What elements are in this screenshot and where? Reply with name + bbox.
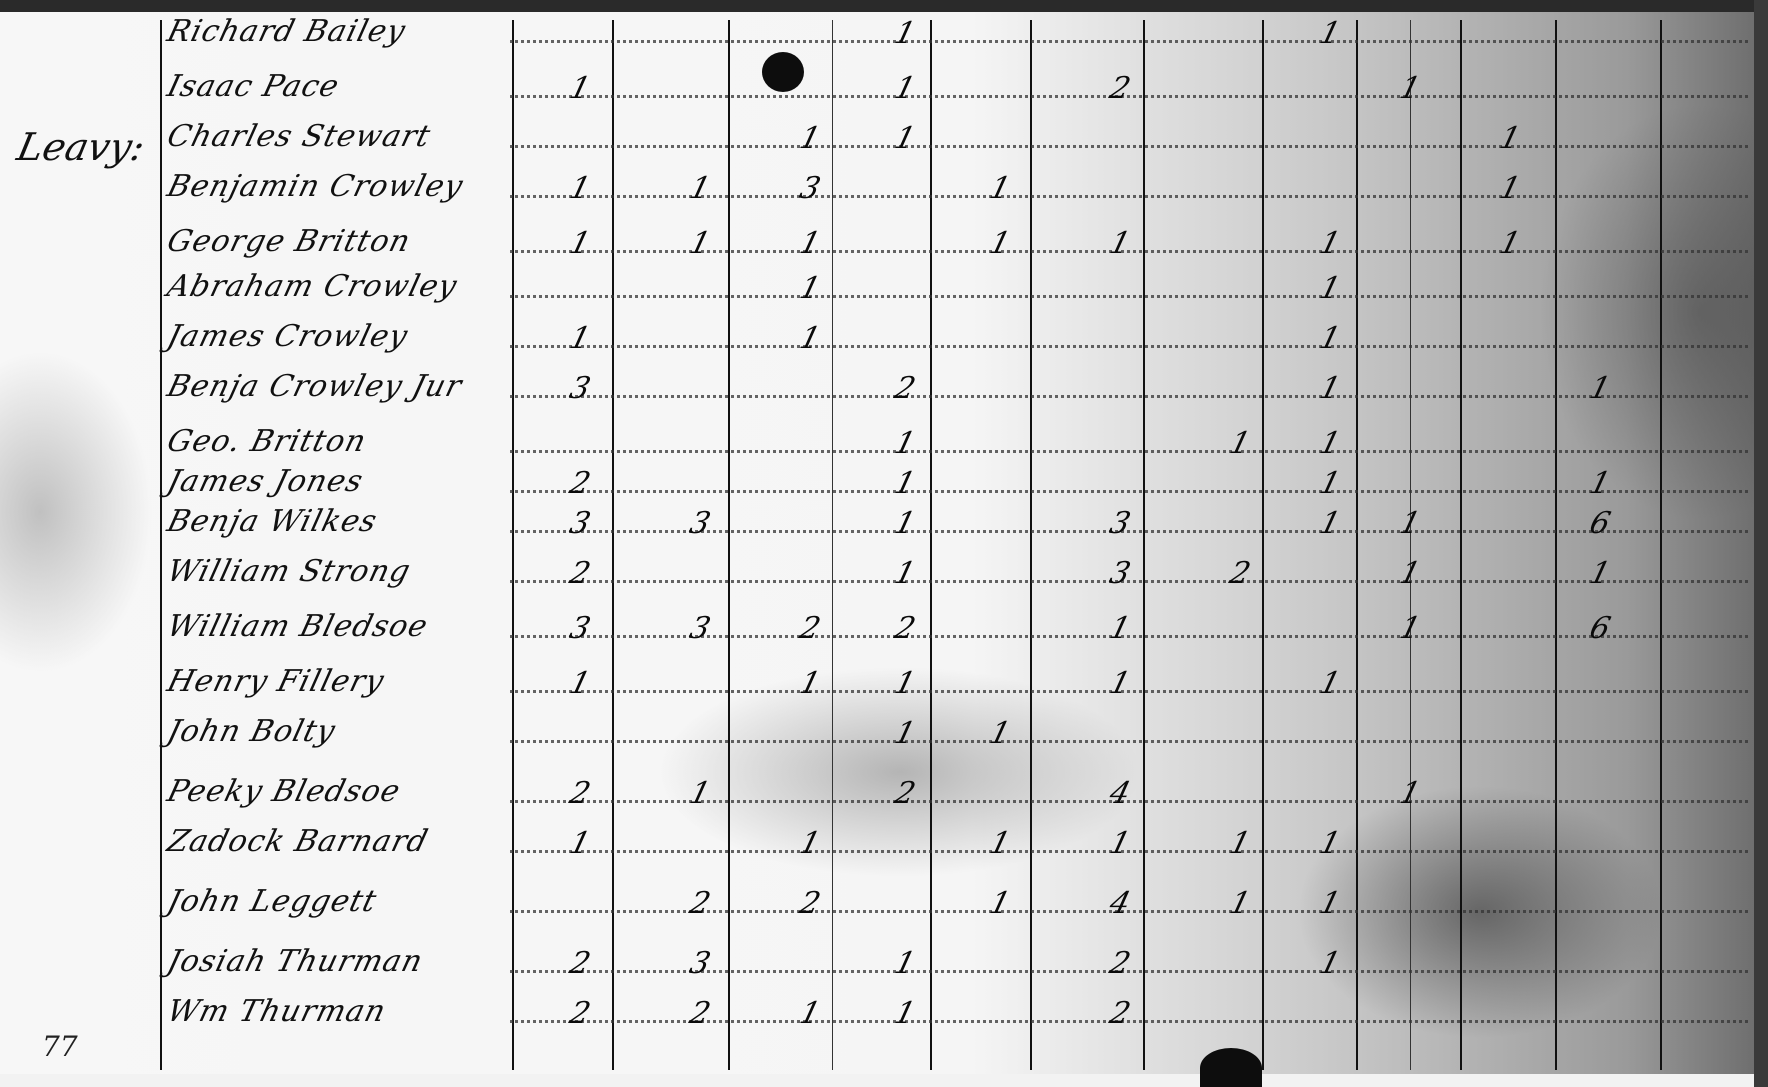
tally-value-col-10: 1	[1476, 121, 1545, 156]
tally-value-col-2: 2	[666, 996, 735, 1031]
dotted-leader	[510, 295, 1748, 298]
tally-value-col-6: 4	[1086, 776, 1155, 811]
head-of-household-name: Wm Thurman	[164, 994, 390, 1029]
head-of-household-name: Charles Stewart	[164, 119, 435, 154]
tally-value-col-4: 1	[871, 16, 940, 51]
dotted-leader	[510, 345, 1748, 348]
ledger-row: Richard Bailey11	[0, 13, 1768, 53]
scan-bottom-border	[0, 1074, 1768, 1087]
ledger-row: William Bledsoe3322116	[0, 608, 1768, 648]
tally-value-col-4: 2	[871, 776, 940, 811]
ledger-row: Geo. Britton111	[0, 423, 1768, 463]
tally-value-col-1: 1	[546, 826, 615, 861]
dotted-leader	[510, 40, 1748, 43]
tally-value-col-1: 3	[546, 611, 615, 646]
head-of-household-name: Abraham Crowley	[164, 269, 461, 304]
ledger-row: Peeky Bledsoe21241	[0, 773, 1768, 813]
tally-value-col-1: 3	[546, 506, 615, 541]
head-of-household-name: William Strong	[164, 554, 415, 589]
tally-value-col-3: 2	[776, 886, 845, 921]
tally-value-col-3: 1	[776, 121, 845, 156]
ledger-row: Charles Stewart111	[0, 118, 1768, 158]
tally-value-col-9: 1	[1376, 776, 1445, 811]
tally-value-col-1: 2	[546, 556, 615, 591]
tally-value-col-8: 1	[1296, 371, 1365, 406]
tally-value-col-6: 3	[1086, 556, 1155, 591]
head-of-household-name: George Britton	[164, 224, 415, 259]
tally-value-col-3: 2	[776, 611, 845, 646]
page-number: 77	[42, 1030, 78, 1063]
head-of-household-name: Benjamin Crowley	[164, 169, 467, 204]
tally-value-col-4: 1	[871, 426, 940, 461]
ledger-row: Abraham Crowley11	[0, 268, 1768, 308]
dotted-leader	[510, 395, 1748, 398]
tally-value-col-3: 3	[776, 171, 845, 206]
head-of-household-name: Josiah Thurman	[164, 944, 427, 979]
tally-value-col-5: 1	[966, 826, 1035, 861]
tally-value-col-8: 1	[1296, 226, 1365, 261]
tally-value-col-4: 1	[871, 716, 940, 751]
tally-value-col-1: 1	[546, 666, 615, 701]
tally-value-col-4: 2	[871, 611, 940, 646]
tally-value-col-7: 1	[1206, 426, 1275, 461]
tally-value-col-4: 1	[871, 466, 940, 501]
tally-value-col-2: 3	[666, 506, 735, 541]
head-of-household-name: William Bledsoe	[164, 609, 432, 644]
tally-value-col-8: 1	[1296, 426, 1365, 461]
ledger-row: John Bolty11	[0, 713, 1768, 753]
tally-value-col-4: 1	[871, 506, 940, 541]
tally-value-col-8: 1	[1296, 506, 1365, 541]
tally-value-col-3: 1	[776, 226, 845, 261]
ledger-row: Zadock Barnard111111	[0, 823, 1768, 863]
tally-value-col-2: 3	[666, 611, 735, 646]
ledger-row: William Strong213211	[0, 553, 1768, 593]
tally-value-col-3: 1	[776, 321, 845, 356]
tally-value-col-4: 1	[871, 556, 940, 591]
ledger-row: Benja Crowley Jur3211	[0, 368, 1768, 408]
ledger-row: George Britton1111111	[0, 223, 1768, 263]
tally-value-col-7: 1	[1206, 886, 1275, 921]
tally-value-col-4: 1	[871, 666, 940, 701]
tally-value-col-10: 1	[1476, 171, 1545, 206]
ledger-row: Benjamin Crowley11311	[0, 168, 1768, 208]
tally-value-col-8: 1	[1296, 946, 1365, 981]
tally-value-col-6: 2	[1086, 946, 1155, 981]
dotted-leader	[510, 450, 1748, 453]
tally-value-col-8: 1	[1296, 271, 1365, 306]
head-of-household-name: Geo. Britton	[164, 424, 371, 459]
tally-value-col-5: 1	[966, 171, 1035, 206]
tally-value-col-6: 1	[1086, 666, 1155, 701]
tally-value-col-4: 1	[871, 121, 940, 156]
tally-value-col-3: 1	[776, 996, 845, 1031]
tally-value-col-4: 2	[871, 371, 940, 406]
tally-value-col-9: 1	[1376, 611, 1445, 646]
tally-value-col-11: 1	[1566, 466, 1635, 501]
ledger-row: James Crowley111	[0, 318, 1768, 358]
tally-value-col-9: 1	[1376, 556, 1445, 591]
tally-value-col-4: 1	[871, 946, 940, 981]
head-of-household-name: Isaac Pace	[164, 69, 343, 104]
head-of-household-name: Henry Fillery	[164, 664, 388, 699]
head-of-household-name: Richard Bailey	[164, 14, 410, 49]
tally-value-col-6: 1	[1086, 611, 1155, 646]
tally-value-col-8: 1	[1296, 666, 1365, 701]
head-of-household-name: James Jones	[164, 464, 367, 499]
tally-value-col-8: 1	[1296, 466, 1365, 501]
ledger-row: Benja Wilkes3313116	[0, 503, 1768, 543]
tally-value-col-2: 3	[666, 946, 735, 981]
tally-value-col-8: 1	[1296, 826, 1365, 861]
tally-value-col-4: 1	[871, 71, 940, 106]
tally-value-col-6: 2	[1086, 71, 1155, 106]
tally-value-col-2: 1	[666, 171, 735, 206]
tally-value-col-2: 1	[666, 226, 735, 261]
tally-value-col-1: 1	[546, 321, 615, 356]
tally-value-col-9: 1	[1376, 71, 1445, 106]
tally-value-col-1: 2	[546, 776, 615, 811]
ledger-row: Wm Thurman22112	[0, 993, 1768, 1033]
tally-value-col-9: 1	[1376, 506, 1445, 541]
tally-value-col-5: 1	[966, 886, 1035, 921]
tally-value-col-1: 2	[546, 466, 615, 501]
ledger-row: James Jones2111	[0, 463, 1768, 503]
tally-value-col-11: 1	[1566, 556, 1635, 591]
tally-value-col-1: 1	[546, 171, 615, 206]
tally-value-col-8: 1	[1296, 16, 1365, 51]
tally-value-col-10: 1	[1476, 226, 1545, 261]
head-of-household-name: Benja Crowley Jur	[164, 369, 466, 404]
ledger-row: Josiah Thurman23121	[0, 943, 1768, 983]
tally-value-col-11: 6	[1566, 611, 1635, 646]
tally-value-col-5: 1	[966, 716, 1035, 751]
ink-blot	[1200, 1048, 1262, 1087]
head-of-household-name: Zadock Barnard	[164, 824, 432, 859]
dotted-leader	[510, 740, 1748, 743]
tally-value-col-7: 1	[1206, 826, 1275, 861]
head-of-household-name: John Leggett	[164, 884, 381, 919]
tally-value-col-5: 1	[966, 226, 1035, 261]
head-of-household-name: Benja Wilkes	[164, 504, 381, 539]
ledger-row: John Leggett221411	[0, 883, 1768, 923]
tally-value-col-11: 1	[1566, 371, 1635, 406]
tally-value-col-7: 2	[1206, 556, 1275, 591]
dotted-leader	[510, 490, 1748, 493]
tally-value-col-3: 1	[776, 826, 845, 861]
tally-value-col-1: 3	[546, 371, 615, 406]
tally-value-col-8: 1	[1296, 321, 1365, 356]
tally-value-col-1: 1	[546, 71, 615, 106]
tally-value-col-6: 1	[1086, 826, 1155, 861]
tally-value-col-6: 4	[1086, 886, 1155, 921]
tally-value-col-2: 2	[666, 886, 735, 921]
tally-value-col-1: 2	[546, 946, 615, 981]
head-of-household-name: Peeky Bledsoe	[164, 774, 405, 809]
dotted-leader	[510, 145, 1748, 148]
ledger-row: Isaac Pace1121	[0, 68, 1768, 108]
tally-value-col-2: 1	[666, 776, 735, 811]
head-of-household-name: James Crowley	[164, 319, 412, 354]
head-of-household-name: John Bolty	[164, 714, 340, 749]
tally-value-col-3: 1	[776, 271, 845, 306]
tally-value-col-6: 1	[1086, 226, 1155, 261]
tally-value-col-6: 3	[1086, 506, 1155, 541]
tally-value-col-8: 1	[1296, 886, 1365, 921]
scan-right-border	[1754, 0, 1768, 1087]
tally-value-col-11: 6	[1566, 506, 1635, 541]
tally-value-col-1: 1	[546, 226, 615, 261]
tally-value-col-6: 2	[1086, 996, 1155, 1031]
tally-value-col-1: 2	[546, 996, 615, 1031]
ledger-row: Henry Fillery11111	[0, 663, 1768, 703]
tally-value-col-3: 1	[776, 666, 845, 701]
tally-value-col-4: 1	[871, 996, 940, 1031]
